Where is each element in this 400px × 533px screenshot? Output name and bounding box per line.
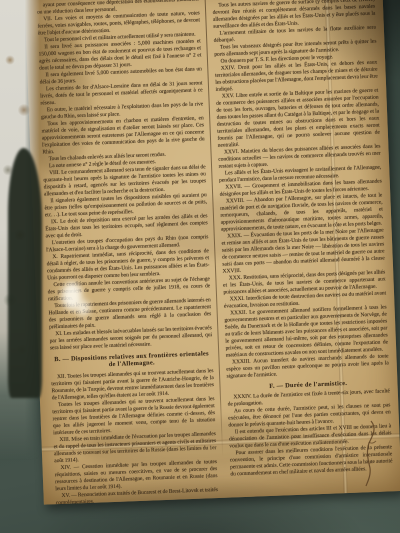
article-paragraph: XXV. Libre entrée et sortie de la Baltiq…	[216, 88, 381, 150]
right-column: 50 destroyers des types les plus récents…	[212, 0, 393, 487]
left-column: ayant pour conséquence une dépréciation …	[37, 0, 218, 494]
photo-frame: ayant pour conséquence une dépréciation …	[0, 0, 400, 533]
article-text: ayant pour conséquence une dépréciation …	[24, 0, 400, 505]
article-paragraph: XXIX. — Évacuation de tous les ports de …	[221, 227, 385, 275]
pen-mark	[356, 418, 382, 490]
newspaper-clipping: ayant pour conséquence une dépréciation …	[24, 0, 400, 505]
article-paragraph: XXXII. Le gouvernement allemand notifier…	[224, 304, 388, 359]
